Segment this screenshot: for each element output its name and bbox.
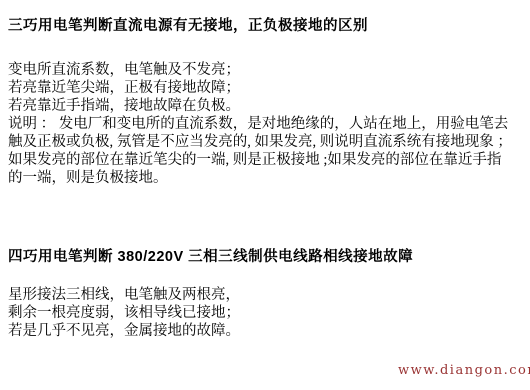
verse-line: 星形接法三相线，电笔触及两根亮， xyxy=(8,286,240,304)
section-2-heading: 四巧用电笔判断 380/220V 三相三线制供电线路相线接地故障 xyxy=(8,245,413,266)
verse-line: 剩余一根亮度弱，该相导线已接地； xyxy=(8,304,240,322)
verse-line: 若亮靠近笔尖端，正极有接地故障； xyxy=(8,79,512,97)
note-line: 的一端，则是负极接地。 xyxy=(8,169,512,187)
section-2-body: 星形接法三相线，电笔触及两根亮， 剩余一根亮度弱，该相导线已接地； 若是几乎不见… xyxy=(8,286,240,340)
note-line: 说明 ： 发电厂和变电所的直流系数，是对地绝缘的，人站在地上，用验电笔去 xyxy=(8,115,512,133)
verse-line: 若亮靠近手指端，接地故障在负极。 xyxy=(8,97,512,115)
site-watermark: www.diangon.com xyxy=(398,363,530,378)
section-1-body: 变电所直流系数，电笔触及不发亮； 若亮靠近笔尖端，正极有接地故障； 若亮靠近手指… xyxy=(8,61,512,187)
verse-line: 变电所直流系数，电笔触及不发亮； xyxy=(8,61,512,79)
verse-line: 若是几乎不见亮，金属接地的故障。 xyxy=(8,322,240,340)
note-line: 触及正极或负极, 氖管是不应当发亮的, 如果发亮, 则说明直流系统有接地现象 ； xyxy=(8,133,512,151)
note-line: 如果发亮的部位在靠近笔尖的一端, 则是正极接地 ;如果发亮的部位在靠近手指 xyxy=(8,151,512,169)
section-1-heading: 三巧用电笔判断直流电源有无接地，正负极接地的区别 xyxy=(8,14,368,35)
